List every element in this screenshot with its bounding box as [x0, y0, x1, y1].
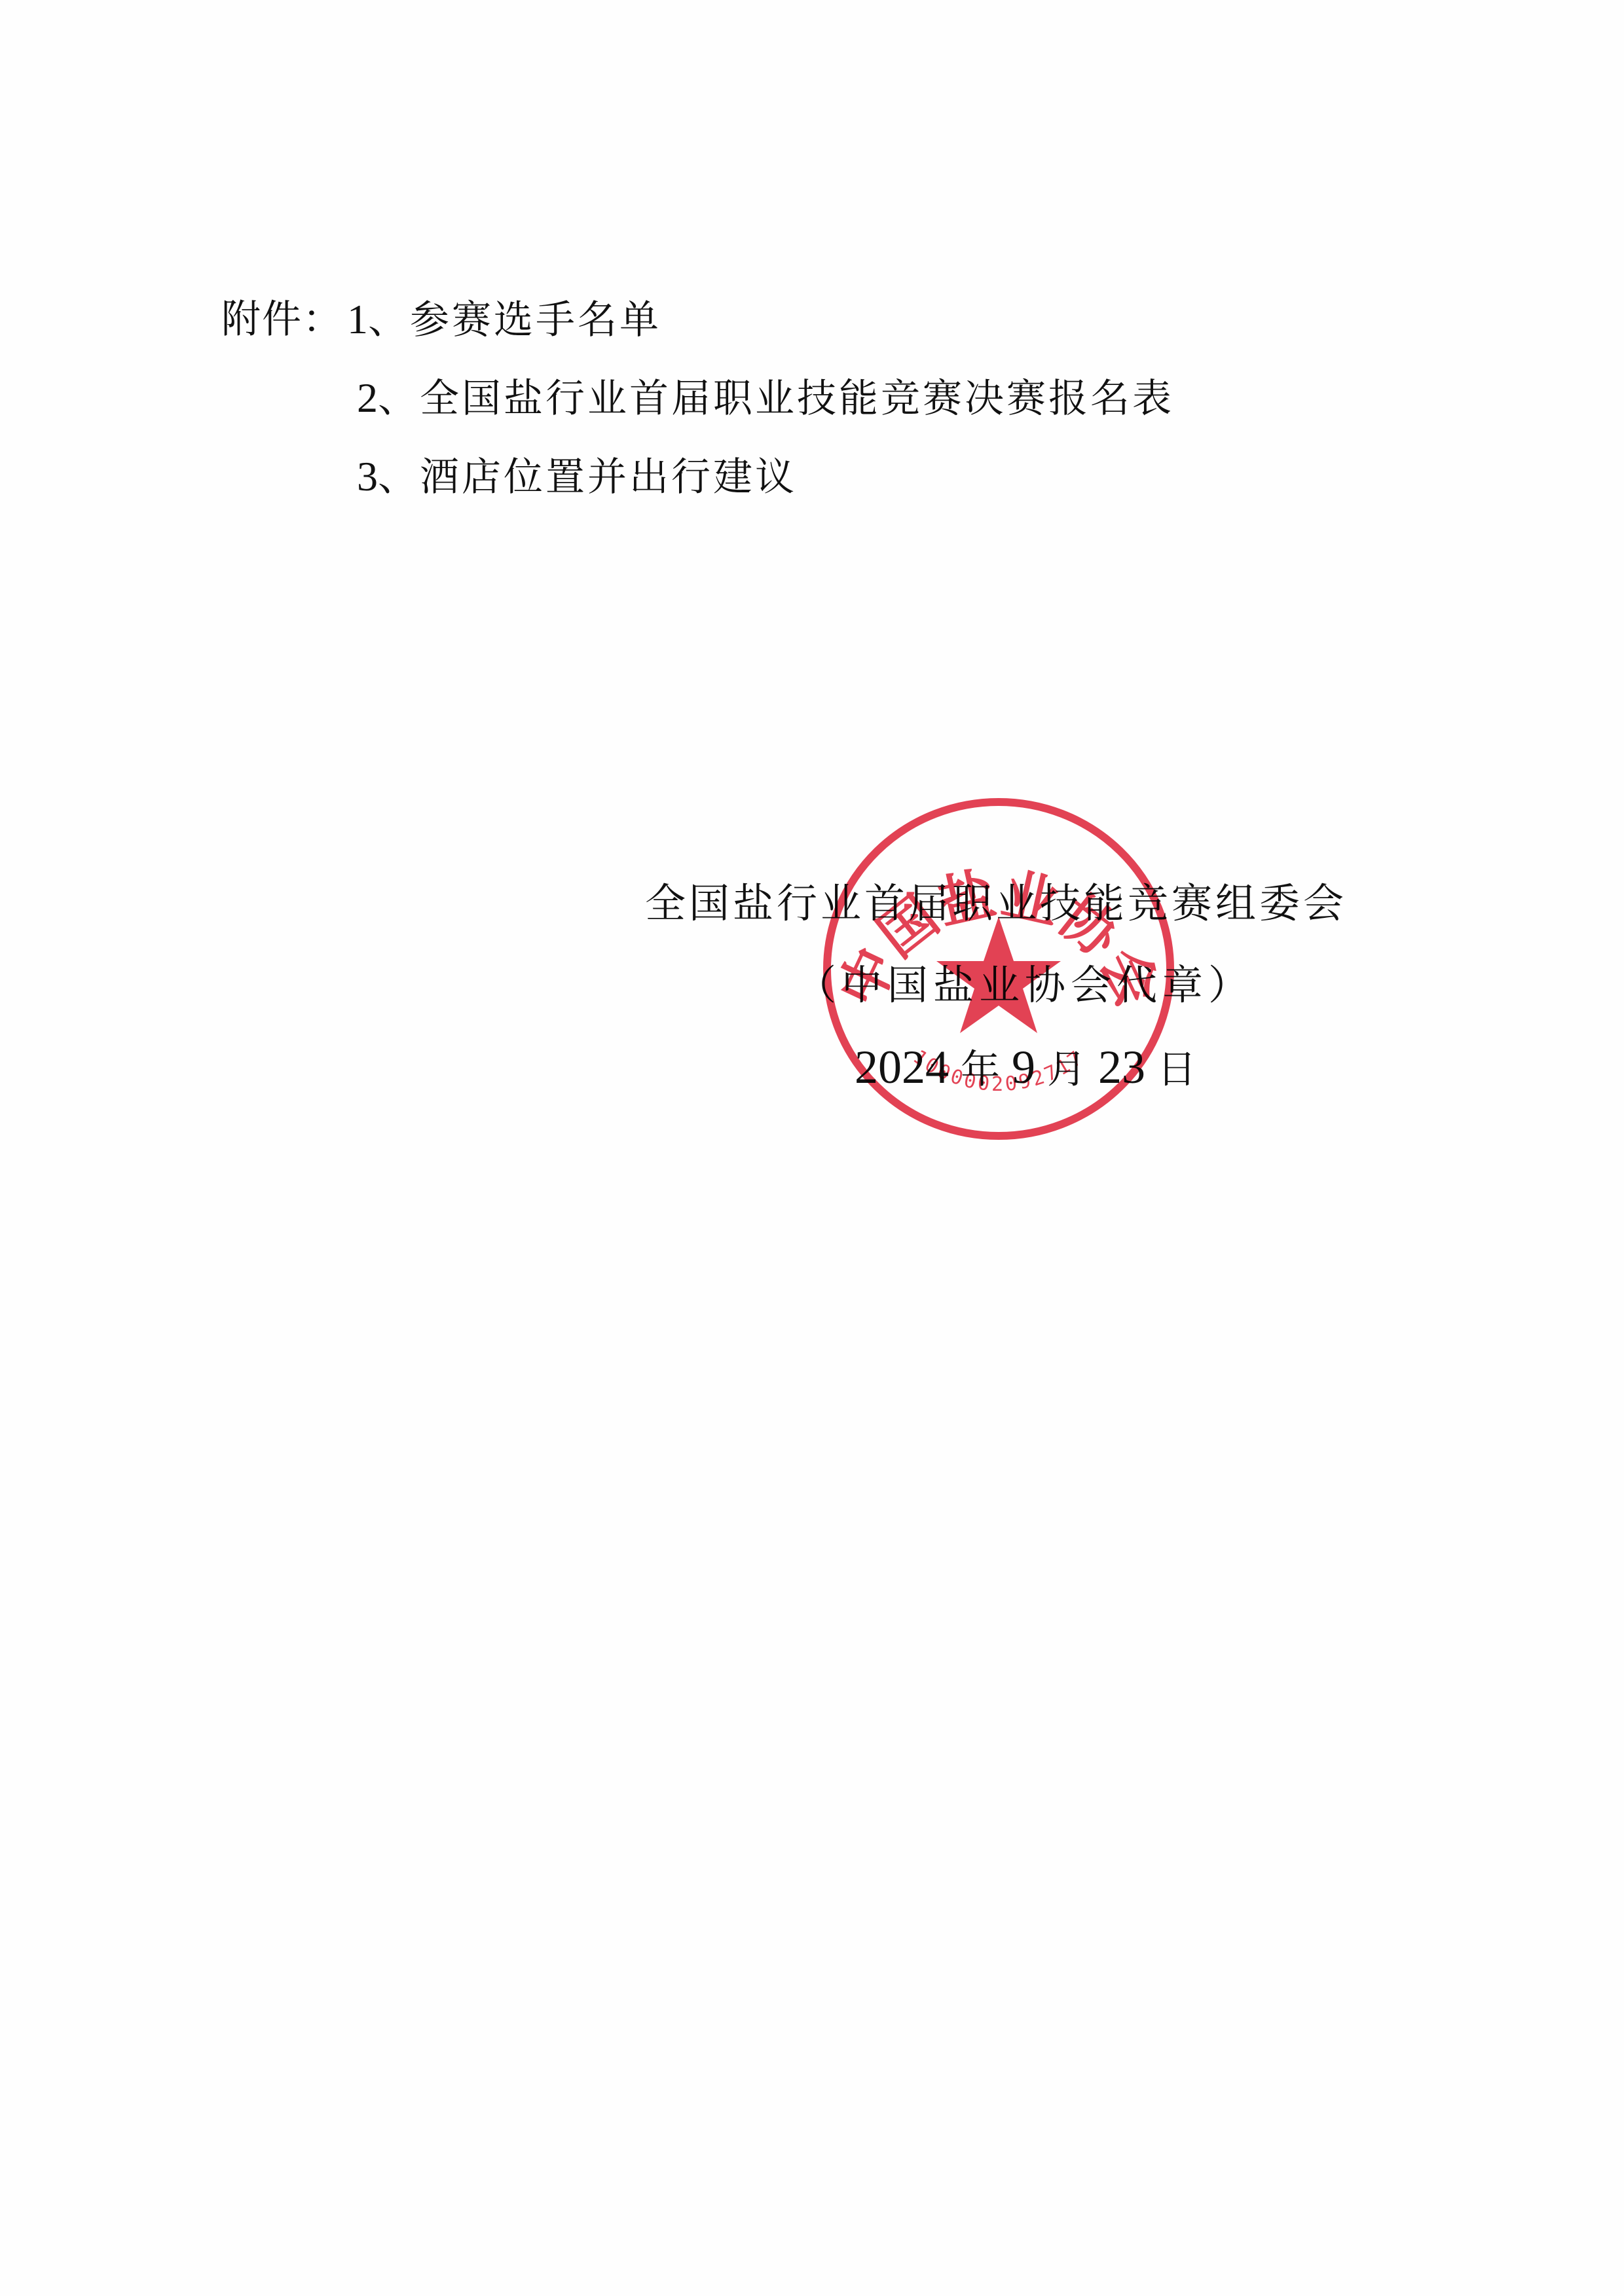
- attachment-item-2: 2、全国盐行业首届职业技能竞赛决赛报名表: [357, 372, 1174, 425]
- attachment-separator: 、: [378, 376, 420, 422]
- attachment-title: 参赛选手名单: [410, 297, 661, 343]
- attachment-separator: 、: [368, 297, 410, 343]
- attachment-number: 3: [357, 453, 378, 500]
- attachment-item-3: 3、酒店位置并出行建议: [357, 450, 797, 503]
- date-month: 9: [1012, 1041, 1035, 1093]
- date-day-unit: 日: [1157, 1047, 1196, 1093]
- date-day: 23: [1098, 1041, 1145, 1093]
- attachment-title: 酒店位置并出行建议: [420, 454, 797, 500]
- date-year-unit: 年: [961, 1047, 1000, 1093]
- attachment-item-1: 1、参赛选手名单: [347, 293, 661, 346]
- date-month-unit: 月: [1047, 1047, 1086, 1093]
- attachment-title: 全国盐行业首届职业技能竞赛决赛报名表: [420, 376, 1174, 422]
- signature-date: 2024年9月23日: [855, 1041, 1208, 1096]
- attachment-separator: 、: [378, 454, 420, 500]
- signature-note: （中国盐业协会代章）: [796, 959, 1254, 1011]
- document-page: 附件： 1、参赛选手名单 2、全国盐行业首届职业技能竞赛决赛报名表 3、酒店位置…: [0, 0, 1624, 2296]
- attachment-number: 2: [357, 374, 378, 421]
- date-year: 2024: [855, 1041, 949, 1093]
- attachments-label: 附件：: [221, 293, 343, 346]
- signature-organization: 全国盐行业首届职业技能竞赛组委会: [645, 877, 1347, 930]
- attachment-number: 1: [347, 296, 368, 342]
